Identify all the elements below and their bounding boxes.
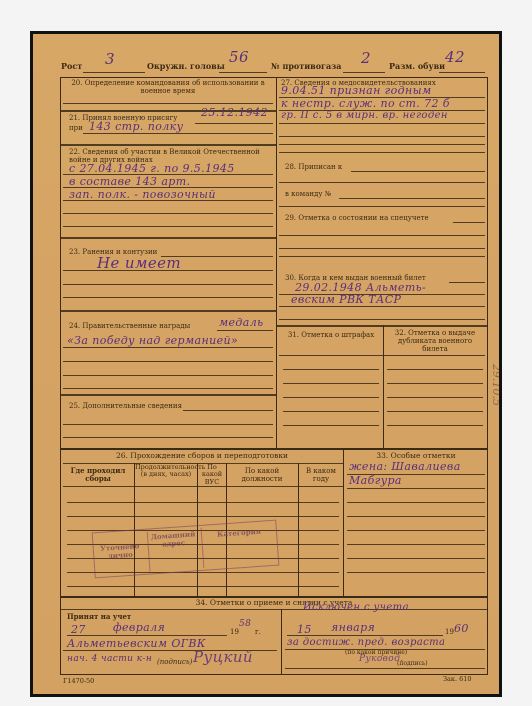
accepted-year-suffix: г. bbox=[255, 628, 261, 636]
height-value: 3 bbox=[105, 50, 115, 68]
head-label: Окружн. головы bbox=[147, 62, 225, 71]
s27-line-2: к нестр. служ. по ст. 72 б bbox=[281, 97, 450, 110]
s33-line-2: Мабгура bbox=[349, 474, 402, 487]
s24-value-1: медаль bbox=[219, 316, 264, 329]
removed-reason: за достиж. пред. возраста bbox=[287, 637, 445, 648]
s29-label: 29. Отметка о состоянии на спецучете bbox=[285, 214, 429, 222]
s30-line-2: евским РВК ТАСР bbox=[291, 293, 401, 306]
stamp-cell-1: Уточнено лично bbox=[96, 542, 145, 561]
s20-label: 20. Определение командования об использо… bbox=[63, 79, 273, 95]
s26-label: 26. Прохождение сборов и переподготовки bbox=[63, 452, 341, 461]
s34-label: 34. Отметки о приеме и снятии с учета bbox=[63, 599, 485, 608]
margin-handwritten-note: 29.10.5 bbox=[490, 364, 499, 406]
height-label: Рост bbox=[61, 62, 82, 71]
s31-label: 31. Отметка о штрафах bbox=[279, 331, 383, 339]
head-value: 56 bbox=[229, 48, 249, 66]
accepted-sign-label: (подпись) bbox=[157, 658, 192, 666]
accepted-signature: Руцкий bbox=[193, 648, 253, 666]
s21-date: 25.12.1942 bbox=[201, 106, 268, 119]
s24-value-2: «За победу над германией» bbox=[67, 334, 238, 347]
accepted-by: Альметьевским ОГВК bbox=[67, 637, 206, 650]
s25-label: 25. Дополнительные сведения bbox=[69, 402, 182, 410]
s24-label: 24. Правительственные награды bbox=[69, 322, 190, 330]
s26-col-position: По какой должности bbox=[227, 467, 297, 483]
accepted-month: февраля bbox=[113, 621, 165, 634]
s26-col-year: В каком году bbox=[299, 467, 343, 483]
removed-year-prefix: 19 bbox=[445, 628, 454, 636]
stamp-cell-3: Категория bbox=[205, 527, 273, 540]
s28-label: 28. Приписан к bbox=[285, 163, 342, 171]
s33-line-1: жена: Шавалиева bbox=[349, 460, 461, 473]
s21-unit: 143 стр. полку bbox=[89, 120, 183, 133]
accepted-label: Принят на учет bbox=[67, 613, 131, 621]
s32-label: 32. Отметка о выдаче дубликата военного … bbox=[385, 329, 485, 353]
s21-at-label: при bbox=[69, 124, 83, 132]
shoe-label: Разм. обуви bbox=[389, 62, 445, 71]
s26-col-where: Где проходил сборы bbox=[63, 467, 133, 483]
s27-line-3: гр. II с. 5 в мирн. вр. негоден bbox=[281, 110, 448, 121]
form-code: Г1470-50 bbox=[63, 678, 94, 685]
gasmask-value: 2 bbox=[361, 49, 371, 67]
stamp-cell-2: Домашний адрес bbox=[149, 530, 198, 549]
s26-col-vus: По какой ВУС bbox=[198, 464, 226, 486]
removed-year: 60 bbox=[454, 622, 469, 635]
removed-sign-label: (подпись) bbox=[397, 661, 428, 668]
s27-line-1: 9.04.51 признан годным bbox=[281, 84, 432, 97]
accepted-year: 58 bbox=[239, 619, 251, 629]
gasmask-label: № противогаза bbox=[271, 62, 341, 71]
s28-team-label: в команду № bbox=[285, 190, 331, 198]
military-record-card: Рост 3 Окружн. головы 56 № противогаза 2… bbox=[33, 34, 499, 694]
accepted-year-prefix: 19 bbox=[230, 628, 239, 636]
document-scan: Рост 3 Окружн. головы 56 № противогаза 2… bbox=[30, 31, 502, 697]
removed-month: января bbox=[331, 621, 375, 634]
removed-label: Исключен с учета bbox=[303, 602, 409, 613]
s26-col-duration: Продолжительность (в днях, часах) bbox=[135, 464, 197, 479]
accepted-sign: нач. 4 части к-н bbox=[67, 654, 152, 664]
shoe-value: 42 bbox=[445, 48, 465, 66]
order-code: Зак. 610 bbox=[443, 676, 472, 683]
